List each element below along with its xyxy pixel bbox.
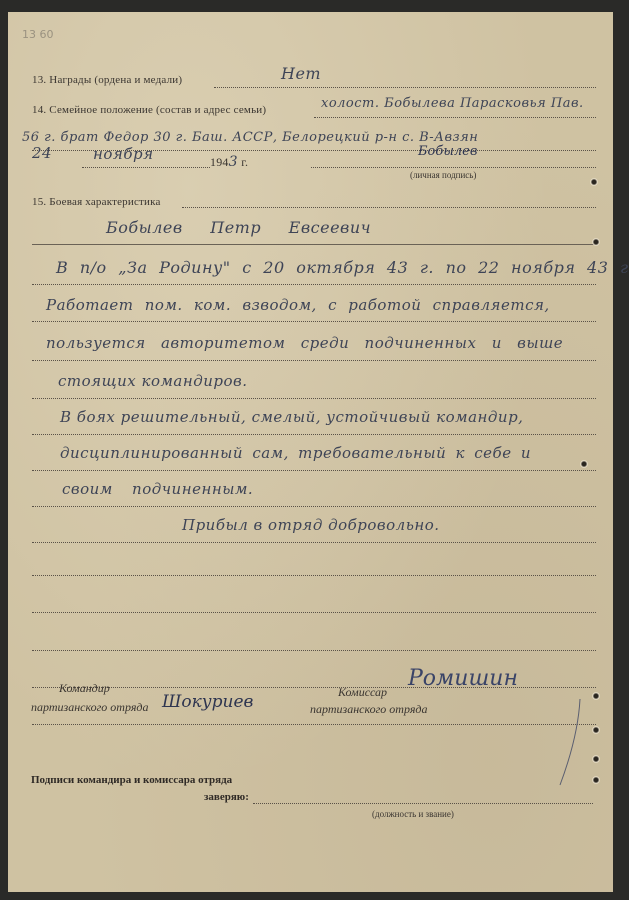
blank-line-3 xyxy=(32,650,596,651)
family-value-line1: холост. Бобылева Парасковья Пав. xyxy=(321,96,584,111)
date-year-suffix: 3 xyxy=(229,154,238,170)
combat-line-4 xyxy=(32,360,596,361)
combat-dotted-line-0 xyxy=(182,207,596,208)
date-year-unit: г. xyxy=(241,155,248,169)
blank-line-2 xyxy=(32,612,596,613)
awards-dotted-line xyxy=(214,87,596,88)
combat-line-7 xyxy=(32,470,596,471)
combat-line-2 xyxy=(32,284,596,285)
combat-text-line-4: пользуется авторитетом среди подчиненных… xyxy=(46,334,563,352)
combat-line-6 xyxy=(32,434,596,435)
punch-hole xyxy=(592,238,600,246)
combat-text-line-9: Прибыл в отряд добровольно. xyxy=(182,516,440,534)
commissar-signature: Ромишин xyxy=(408,666,518,691)
combat-text-line-1: Бобылев Петр Евсеевич xyxy=(106,218,371,237)
document-page: 13 60 13. Награды (ордена и медали) Нет … xyxy=(8,12,613,892)
commissar-label-1: Комиссар xyxy=(338,685,387,700)
combat-text-line-2: В п/о „За Родину" с 20 октября 43 г. по … xyxy=(56,258,629,277)
personal-signature-caption: (личная подпись) xyxy=(410,170,476,180)
blank-line-5 xyxy=(32,724,596,725)
personal-signature: Бобылев xyxy=(418,144,477,159)
combat-line-1 xyxy=(32,244,596,245)
date-dotted-line xyxy=(82,167,210,168)
date-day: 24 xyxy=(32,144,52,162)
certification-line-2: заверяю: xyxy=(204,791,249,803)
punch-hole xyxy=(590,178,598,186)
combat-text-line-8: своим подчиненным. xyxy=(62,480,253,498)
date-month: ноября xyxy=(93,145,154,163)
family-value-line2: 56 г. брат Федор 30 г. Баш. АССР, Белоре… xyxy=(22,130,478,145)
family-label: 14. Семейное положение (состав и адрес с… xyxy=(32,104,266,116)
archive-pencil-mark: 13 60 xyxy=(22,28,54,41)
combat-line-3 xyxy=(32,321,596,322)
punch-hole xyxy=(580,460,588,468)
date-year-prefix: 194 xyxy=(210,155,229,169)
date-year: 1943 г. xyxy=(210,154,248,170)
awards-label: 13. Награды (ордена и медали) xyxy=(32,74,182,86)
combat-text-line-6: В боях решительный, смелый, устойчивый к… xyxy=(60,408,523,426)
certification-line-1: Подписи командира и комиссара отряда xyxy=(31,774,232,786)
combat-text-line-7: дисциплинированный сам, требовательный к… xyxy=(60,444,531,462)
combat-text-line-5: стоящих командиров. xyxy=(58,372,248,390)
punch-hole xyxy=(592,776,600,784)
signature-dotted-line xyxy=(311,167,596,168)
certification-dotted-line xyxy=(253,803,593,804)
combat-characteristic-label: 15. Боевая характеристика xyxy=(32,196,161,208)
combat-text-line-3: Работает пом. ком. взводом, с работой сп… xyxy=(46,296,550,314)
commander-label-1: Командир xyxy=(59,681,110,696)
certification-caption: (должность и звание) xyxy=(372,809,454,819)
awards-value: Нет xyxy=(281,64,321,83)
commissar-signature-stroke xyxy=(556,697,586,787)
commissar-label-2: партизанского отряда xyxy=(310,702,427,717)
commander-signature: Шокуриев xyxy=(162,692,253,712)
combat-line-8 xyxy=(32,506,596,507)
punch-hole xyxy=(592,692,600,700)
combat-line-9 xyxy=(32,542,596,543)
punch-hole xyxy=(592,726,600,734)
commander-label-2: партизанского отряда xyxy=(31,700,148,715)
blank-line-1 xyxy=(32,575,596,576)
combat-line-5 xyxy=(32,398,596,399)
family-dotted-line-1 xyxy=(314,117,596,118)
punch-hole xyxy=(592,755,600,763)
